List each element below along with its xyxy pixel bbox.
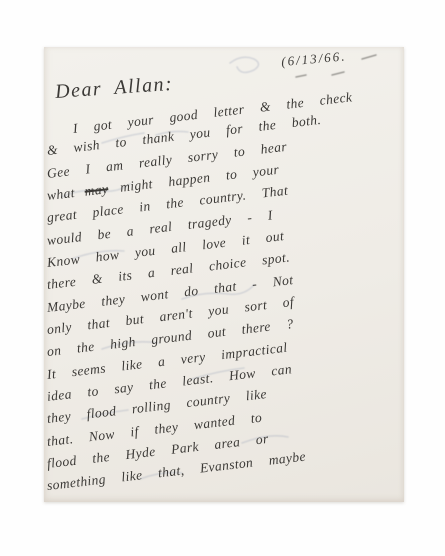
line-text: what: [46, 185, 75, 203]
letter-paper: (6/13/66. Dear Allan: I got your good le…: [44, 47, 404, 502]
photo-background: (6/13/66. Dear Allan: I got your good le…: [0, 0, 445, 556]
struck-out-word: may: [84, 181, 109, 199]
letter-date: (6/13/66.: [281, 48, 347, 70]
letter-greeting: Dear Allan:: [54, 73, 174, 104]
